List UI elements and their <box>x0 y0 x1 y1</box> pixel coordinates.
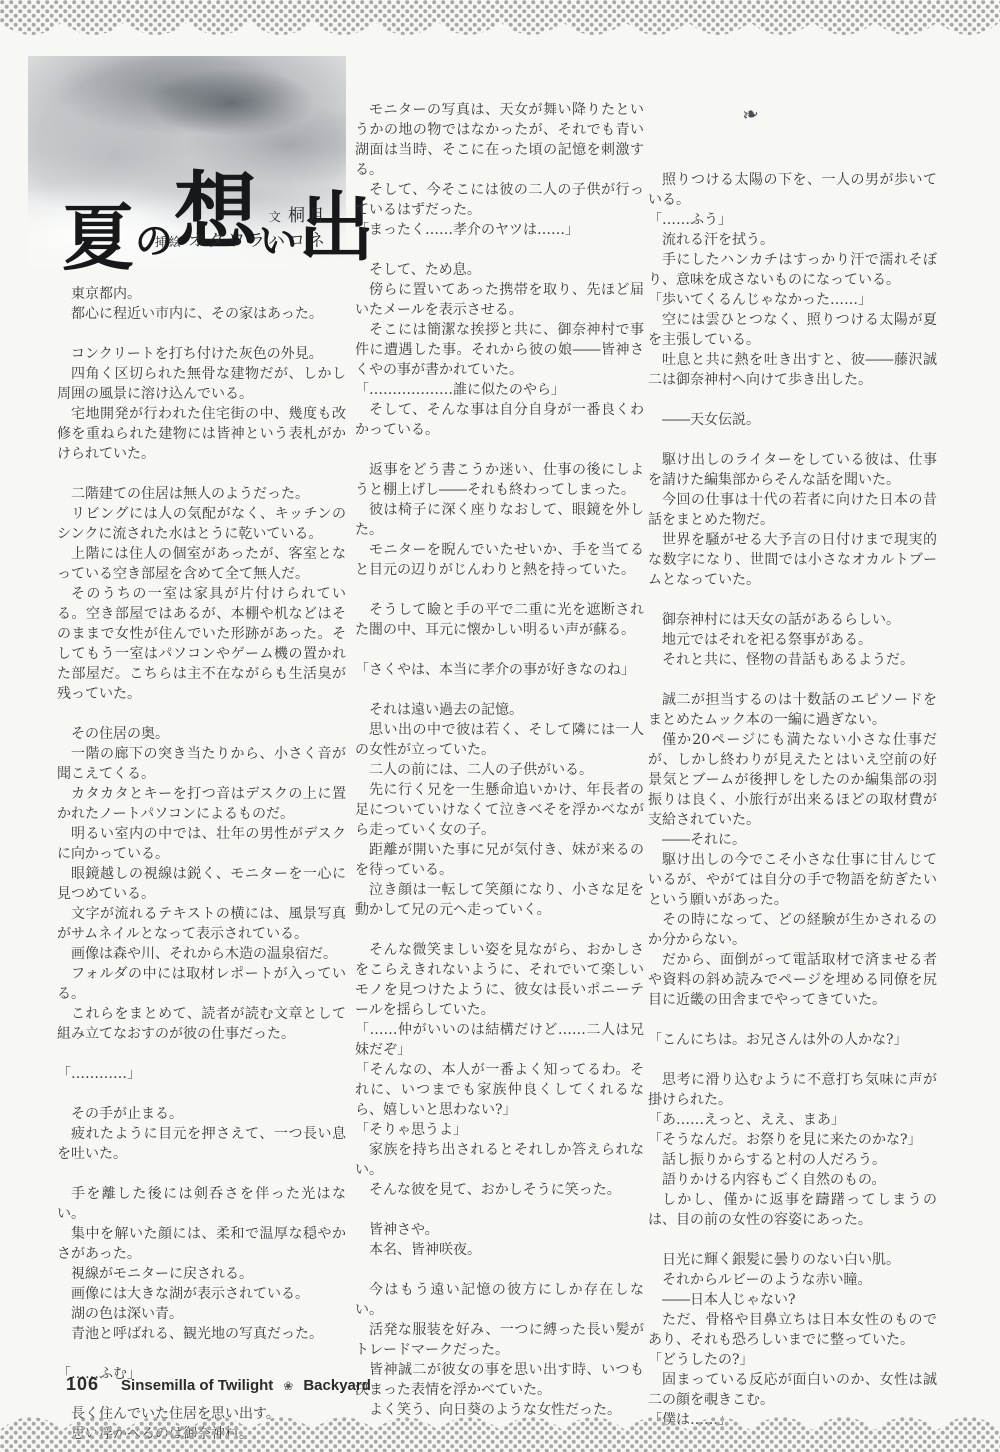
paragraph: 「…………」 <box>57 1064 346 1084</box>
paragraph: 「こんにちは。お兄さんは外の人かな?」 <box>648 1030 937 1050</box>
paragraph: モニターを睨んでいたせいか、手を当てると目元の辺りがじんわりと熱を持っていた。 <box>355 540 644 580</box>
paragraph: 画像には大きな湖が表示されている。 <box>57 1284 346 1304</box>
paragraph: 空には雲ひとつなく、照りつける太陽が夏を主張している。 <box>648 310 937 350</box>
paragraph: 青池と呼ばれる、観光地の写真だった。 <box>57 1324 346 1344</box>
paragraph: 宅地開発が行われた住宅街の中、幾度も改修を重ねられた建物には皆神という表札がかけ… <box>57 404 346 464</box>
paragraph: 距離が開いた事に兄が気付き、妹が来るのを待っている。 <box>355 840 644 880</box>
paragraph: 先に行く兄を一生懸命追いかけ、年長者の足についていけなくて泣きべそを浮かべながら… <box>355 780 644 840</box>
paragraph: 手を離した後には剣呑さを伴った光はない。 <box>57 1184 346 1224</box>
paragraph: 「そんなの、本人が一番よく知ってるわ。それに、いつまでも家族仲良くしてくれるなら… <box>355 1060 644 1120</box>
paragraph: 手にしたハンカチはすっかり汗で濡れそぼり、意味を成さないものになっている。 <box>648 250 937 290</box>
paragraph: カタカタとキーを打つ音はデスクの上に置かれたノートパソコンによるものだ。 <box>57 784 346 824</box>
lace-border-top <box>0 0 1000 44</box>
paragraph: モニターの写真は、天女が舞い降りたというかの地の物ではなかったが、それでも青い湖… <box>355 100 644 180</box>
footer-section-title: Backyard <box>303 1377 371 1394</box>
paragraph: 都心に程近い市内に、その家はあった。 <box>57 304 346 324</box>
paragraph: それは遠い過去の記憶。 <box>355 700 644 720</box>
paragraph: そこには簡潔な挨拶と共に、御奈神村で事件に遭遇した事。それから彼の娘――皆神さく… <box>355 320 644 380</box>
credit-author: 文 桐月 <box>155 204 328 229</box>
paragraph: 二階建ての住居は無人のようだった。 <box>57 484 346 504</box>
paragraph: 返事をどう書こうか迷い、仕事の後にしようと棚上げし――それも終わってしまった。 <box>355 460 644 500</box>
paragraph: そんな微笑ましい姿を見ながら、おかしさをこらえきれないように、それでいて楽しいモ… <box>355 940 644 1020</box>
paragraph: そして、そんな事は自分自身が一番良くわかっている。 <box>355 400 644 440</box>
paragraph: 「そりゃ思うよ」 <box>355 1120 644 1140</box>
paragraph: 家族を持ち出されるとそれしか答えられない。 <box>355 1140 644 1180</box>
paragraph: そんな彼を見て、おかしそうに笑った。 <box>355 1180 644 1200</box>
paragraph: そうして瞼と手の平で二重に光を遮断された闇の中、耳元に懐かしい明るい声が蘇る。 <box>355 600 644 640</box>
paragraph: 上階には住人の個室があったが、客室となっている空き部屋を含めて全て無人だ。 <box>57 544 346 584</box>
paragraph: 明るい室内の中では、壮年の男性がデスクに向かっている。 <box>57 824 346 864</box>
paragraph: 語りかける内容もごく自然のもの。 <box>648 1170 937 1190</box>
paragraph: しかし、僅かに返事を躊躇ってしまうのは、目の前の女性の容姿にあった。 <box>648 1190 937 1230</box>
paragraph: 駆け出しの今でこそ小さな仕事に甘んじているが、やがては自分の手で物語を紡ぎたいと… <box>648 850 937 910</box>
paragraph: 今はもう遠い記憶の彼方にしか存在しない。 <box>355 1280 644 1320</box>
paragraph: 「さくやは、本当に孝介の事が好きなのね」 <box>355 660 644 680</box>
paragraph: 「………………誰に似たのやら」 <box>355 380 644 400</box>
paragraph: これらをまとめて、読者が読む文章として組み立てなおすのが彼の仕事だった。 <box>57 1004 346 1044</box>
paragraph: 固まっている反応が面白いのか、女性は誠二の顔を覗きこむ。 <box>648 1370 937 1410</box>
title-block: 夏の想い出 文 桐月 挿絵 オダワラハコネ <box>28 56 346 268</box>
paragraph: 画像は森や川、それから木造の温泉宿だ。 <box>57 944 346 964</box>
paragraph: リビングには人の気配がなく、キッチンのシンクに流された水はとうに乾いている。 <box>57 504 346 544</box>
text-column-2: モニターの写真は、天女が舞い降りたというかの地の物ではなかったが、それでも青い湖… <box>355 100 644 1420</box>
paragraph: 東京都内。 <box>57 284 346 304</box>
paragraph: 世界を騒がせる大予言の日付けまで現実的な数字になり、世間では小さなオカルトブーム… <box>648 530 937 590</box>
paragraph: ――それに。 <box>648 830 937 850</box>
paragraph: 思考に滑り込むように不意打ち気味に声が掛けられた。 <box>648 1070 937 1110</box>
title-char-1: 夏 <box>62 202 134 274</box>
paragraph: ――天女伝説。 <box>648 410 937 430</box>
text-column-1: 東京都内。都心に程近い市内に、その家はあった。コンクリートを打ち付けた灰色の外見… <box>57 284 346 1444</box>
page-number: 106 <box>66 1374 99 1395</box>
paragraph: それと共に、怪物の昔話もあるようだ。 <box>648 650 937 670</box>
credit-author-name: 桐月 <box>288 206 328 226</box>
paragraph: 「……ふう」 <box>648 210 937 230</box>
paragraph: 湖の色は深い青。 <box>57 1304 346 1324</box>
paragraph: 僅か20ページにも満たない小さな仕事だが、しかし終わりが見えたとはいえ空前の好景… <box>648 730 937 830</box>
paragraph: 集中を解いた顔には、柔和で温厚な穏やかさがあった。 <box>57 1224 346 1264</box>
paragraph: 眼鏡越しの視線は鋭く、モニターを一心に見つめている。 <box>57 864 346 904</box>
paragraph: 二人の前には、二人の子供がいる。 <box>355 760 644 780</box>
paragraph: 今回の仕事は十代の若者に向けた日本の昔話をまとめた物だ。 <box>648 490 937 530</box>
paragraph: ――日本人じゃない? <box>648 1290 937 1310</box>
paragraph: 「歩いてくるんじゃなかった……」 <box>648 290 937 310</box>
credit-illustrator-label: 挿絵 <box>155 235 183 249</box>
paragraph: 「まったく……孝介のヤツは……」 <box>355 220 644 240</box>
paragraph: 皆神さや。 <box>355 1220 644 1240</box>
paragraph: それからルビーのような赤い瞳。 <box>648 1270 937 1290</box>
paragraph: そのうちの一室は家具が片付けられている。空き部屋ではあるが、本棚や机などはそのま… <box>57 584 346 704</box>
paragraph: その時になって、どの経験が生かされるのか分からない。 <box>648 910 937 950</box>
paragraph: 活発な服装を好み、一つに縛った長い髪がトレードマークだった。 <box>355 1320 644 1360</box>
paragraph: 視線がモニターに戻される。 <box>57 1264 346 1284</box>
credit-illustrator: 挿絵 オダワラハコネ <box>155 229 328 254</box>
paragraph: その手が止まる。 <box>57 1104 346 1124</box>
paragraph: 皆神誠二が彼女の事を思い出す時、いつも決まった表情を浮かべていた。 <box>355 1360 644 1400</box>
section-ornament-icon: ❧ <box>740 101 761 128</box>
book-page: 夏の想い出 文 桐月 挿絵 オダワラハコネ ❧ 東京都内。都心に程近い市内に、そ… <box>0 0 1000 1452</box>
paragraph: 泣き顔は一転して笑顔になり、小さな足を動かして兄の元へ走っていく。 <box>355 880 644 920</box>
paragraph: 吐息と共に熱を吐き出すと、彼――藤沢誠二は御奈神村へ向けて歩き出した。 <box>648 350 937 390</box>
credit-author-label: 文 <box>269 210 283 224</box>
paragraph: 話し振りからすると村の人だろう。 <box>648 1150 937 1170</box>
flower-ornament-icon: ❀ <box>283 1379 293 1393</box>
paragraph: 「……仲がいいのは結構だけど……二人は兄妹だぞ」 <box>355 1020 644 1060</box>
lace-border-bottom <box>0 1408 1000 1452</box>
paragraph: 誠二が担当するのは十数話のエピソードをまとめたムック本の一編に過ぎない。 <box>648 690 937 730</box>
paragraph: 思い出の中で彼は若く、そして隣には一人の女性が立っていた。 <box>355 720 644 760</box>
paragraph: だから、面倒がって電話取材で済ませる者や資料の斜め読みでページを埋める同僚を尻目… <box>648 950 937 1010</box>
paragraph: そして、今そこには彼の二人の子供が行っているはずだった。 <box>355 180 644 220</box>
text-column-3: 照りつける太陽の下を、一人の男が歩いている。「……ふう」流れる汗を拭う。手にした… <box>648 170 937 1430</box>
page-footer: 106 Sinsemilla of Twilight ❀ Backyard <box>66 1374 371 1395</box>
paragraph: 文字が流れるテキストの横には、風景写真がサムネイルとなって表示されている。 <box>57 904 346 944</box>
paragraph: 「あ……えっと、ええ、まあ」 <box>648 1110 937 1130</box>
paragraph: 疲れたように目元を押さえて、一つ長い息を吐いた。 <box>57 1124 346 1164</box>
paragraph: 「そうなんだ。お祭りを見に来たのかな?」 <box>648 1130 937 1150</box>
footer-book-title: Sinsemilla of Twilight <box>121 1377 273 1394</box>
paragraph: 御奈神村には天女の話があるらしい。 <box>648 610 937 630</box>
paragraph: 傍らに置いてあった携帯を取り、先ほど届いたメールを表示させる。 <box>355 280 644 320</box>
credits: 文 桐月 挿絵 オダワラハコネ <box>155 204 328 253</box>
paragraph: 四角く区切られた無骨な建物だが、しかし周囲の風景に溶け込んでいる。 <box>57 364 346 404</box>
paragraph: 流れる汗を拭う。 <box>648 230 937 250</box>
paragraph: その住居の奥。 <box>57 724 346 744</box>
credit-illustrator-name: オダワラハコネ <box>188 231 328 251</box>
paragraph: ただ、骨格や目鼻立ちは日本女性のものであり、それも恐ろしいまでに整っていた。 <box>648 1310 937 1350</box>
paragraph: 「どうしたの?」 <box>648 1350 937 1370</box>
paragraph: 地元ではそれを祀る祭事がある。 <box>648 630 937 650</box>
paragraph: コンクリートを打ち付けた灰色の外見。 <box>57 344 346 364</box>
paragraph: 照りつける太陽の下を、一人の男が歩いている。 <box>648 170 937 210</box>
paragraph: 日光に輝く銀髪に曇りのない白い肌。 <box>648 1250 937 1270</box>
paragraph: 本名、皆神咲夜。 <box>355 1240 644 1260</box>
paragraph: 一階の廊下の突き当たりから、小さく音が聞こえてくる。 <box>57 744 346 784</box>
paragraph: フォルダの中には取材レポートが入っている。 <box>57 964 346 1004</box>
paragraph: 彼は椅子に深く座りなおして、眼鏡を外した。 <box>355 500 644 540</box>
paragraph: そして、ため息。 <box>355 260 644 280</box>
paragraph: 駆け出しのライターをしている彼は、仕事を請けた編集部からそんな話を聞いた。 <box>648 450 937 490</box>
